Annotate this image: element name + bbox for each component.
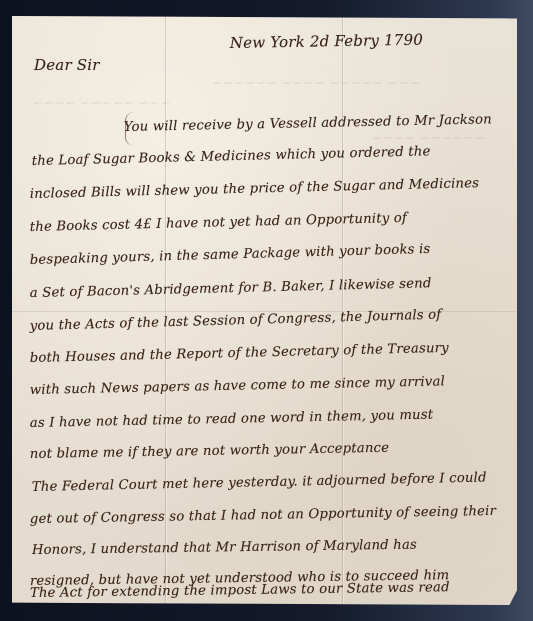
bleed-through-text: ~~~ ~~~~~ ~~~~: [32, 96, 171, 111]
letter-line: as I have not had time to read one word …: [30, 408, 434, 431]
letter-line: inclosed Bills will shew you the price o…: [30, 176, 480, 202]
letter-line: the Books cost 4£ I have not yet had an …: [30, 211, 408, 235]
letter-salutation: Dear Sir: [34, 56, 100, 74]
letter-line: both Houses and the Report of the Secret…: [30, 341, 449, 366]
letter-line: the Loaf Sugar Books & Medicines which y…: [32, 144, 431, 169]
letter-line: Honors, I understand that Mr Harrison of…: [32, 538, 417, 558]
letter-line: with such News papers as have come to me…: [30, 374, 445, 398]
letter-line: not blame me if they are not worth your …: [30, 441, 390, 462]
letter-line: get out of Congress so that I had not an…: [30, 504, 496, 527]
letter-paper: ~~~ ~~~~~ ~~~~ ~~~~~~ ~~~~~~ ~~~~ ~~~ ~~…: [12, 16, 517, 605]
letter-line: bespeaking yours, in the same Package wi…: [30, 242, 431, 268]
letter-line: a Set of Bacon's Abridgement for B. Bake…: [30, 276, 432, 301]
letter-line: The Federal Court met here yesterday. it…: [32, 470, 487, 495]
letter-dateline: New York 2d Febry 1790: [230, 31, 424, 52]
bleed-through-text: ~~~ ~~~~~ ~~~~ ~~~~~~: [212, 76, 420, 91]
